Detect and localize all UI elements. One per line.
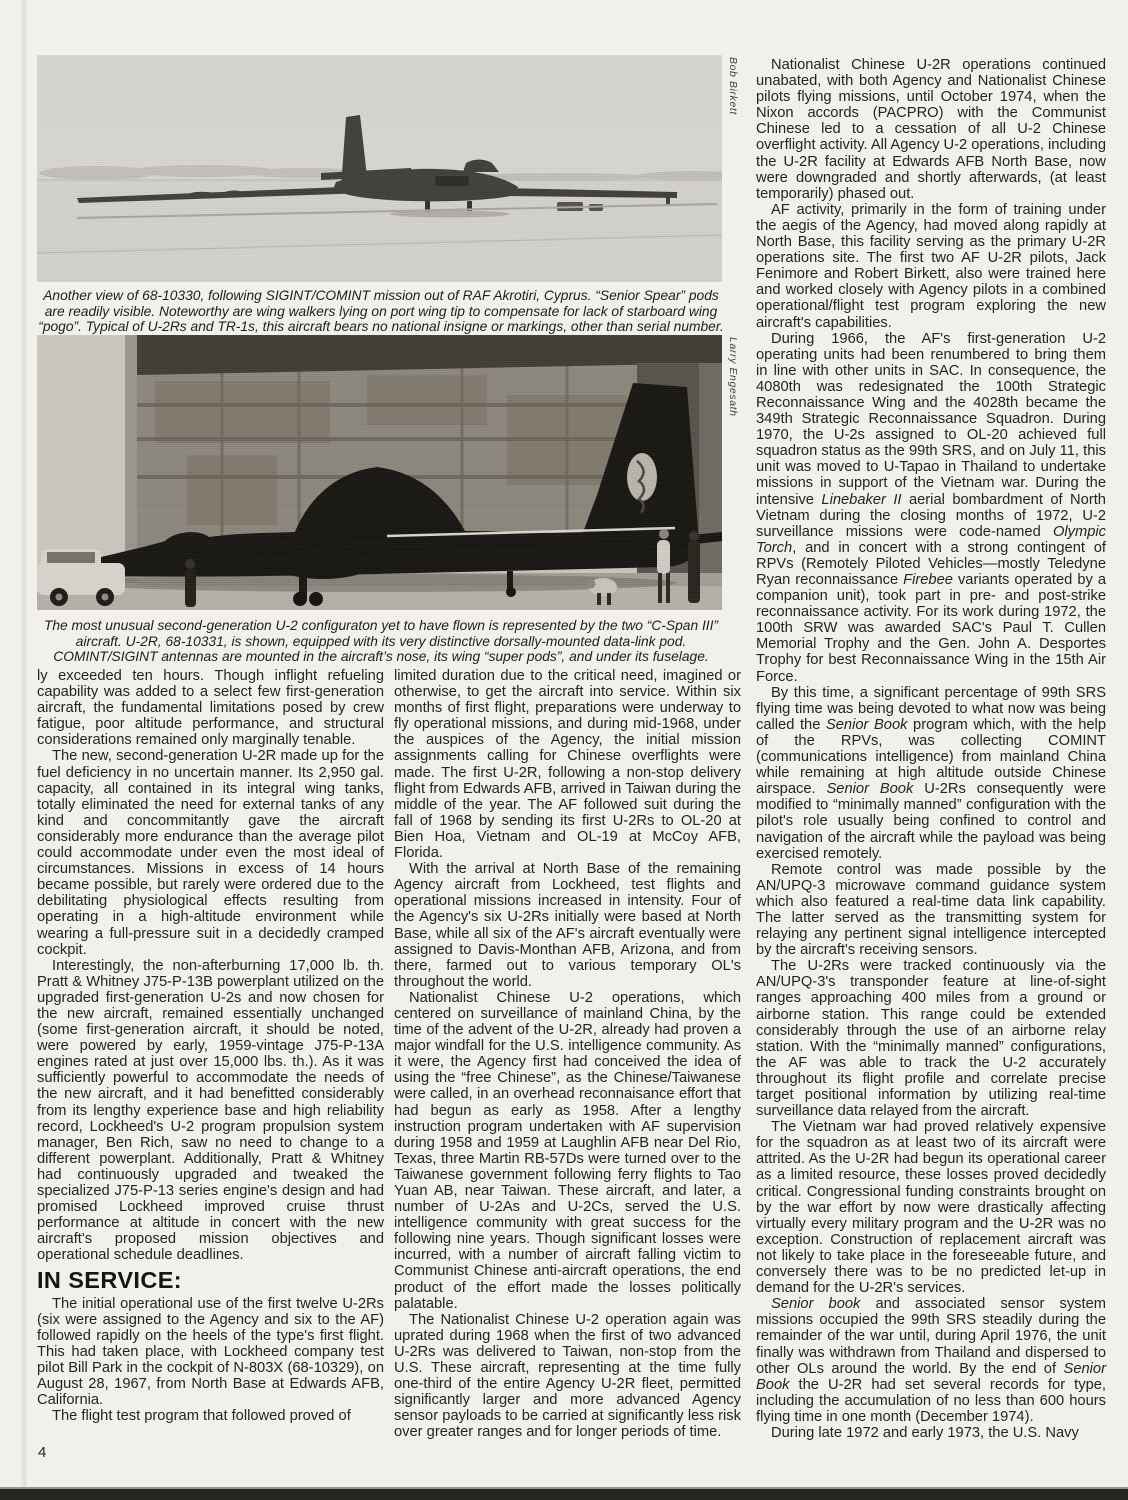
photo2-caption: The most unusual second-generation U-2 c… <box>34 618 728 665</box>
paragraph: Senior book and associated sensor system… <box>756 1296 1106 1425</box>
paragraph: limited duration due to the critical nee… <box>394 668 741 861</box>
paragraph: With the arrival at North Base of the re… <box>394 861 741 990</box>
paragraph: The Vietnam war had proved relatively ex… <box>756 1119 1106 1296</box>
paragraph: Nationalist Chinese U-2 operations, whic… <box>394 990 741 1312</box>
paragraph: AF activity, primarily in the form of tr… <box>756 202 1106 331</box>
photo-u2r-hangar <box>37 335 722 610</box>
page-number: 4 <box>38 1444 46 1461</box>
paragraph: ly exceeded ten hours. Though inflight r… <box>37 668 384 748</box>
photo2-credit: Larry Engesath <box>727 337 739 417</box>
section-heading: IN SERVICE: <box>37 1272 384 1288</box>
paragraph: Nationalist Chinese U-2R operations cont… <box>756 57 1106 202</box>
paragraph: By this time, a significant percentage o… <box>756 685 1106 862</box>
photo-u2r-apron <box>37 55 722 282</box>
paragraph: The U-2Rs were tracked continuously via … <box>756 958 1106 1119</box>
photo1-credit: Bob Birkett <box>727 57 739 115</box>
paragraph: During 1966, the AF's first-generation U… <box>756 331 1106 685</box>
page-fold-line <box>20 0 28 1500</box>
photo1-caption: Another view of 68-10330, following SIGI… <box>34 288 728 335</box>
column-middle: limited duration due to the critical nee… <box>394 668 741 1441</box>
column-left: ly exceeded ten hours. Though inflight r… <box>37 668 384 1424</box>
paragraph: During late 1972 and early 1973, the U.S… <box>756 1425 1106 1441</box>
paragraph: Remote control was made possible by the … <box>756 862 1106 959</box>
magazine-page: Bob Birkett Another view of 68-10330, fo… <box>0 0 1128 1500</box>
paragraph: The new, second-generation U-2R made up … <box>37 748 384 957</box>
paragraph: Interestingly, the non-afterburning 17,0… <box>37 958 384 1264</box>
bottom-scan-bar <box>0 1487 1128 1500</box>
paragraph: The flight test program that followed pr… <box>37 1408 384 1424</box>
column-right: Nationalist Chinese U-2R operations cont… <box>756 57 1106 1441</box>
paragraph: The Nationalist Chinese U-2 operation ag… <box>394 1312 741 1441</box>
paragraph: The initial operational use of the first… <box>37 1296 384 1409</box>
photo-u2r-apron-illustration <box>37 55 722 282</box>
photo-u2r-hangar-illustration <box>37 335 722 610</box>
